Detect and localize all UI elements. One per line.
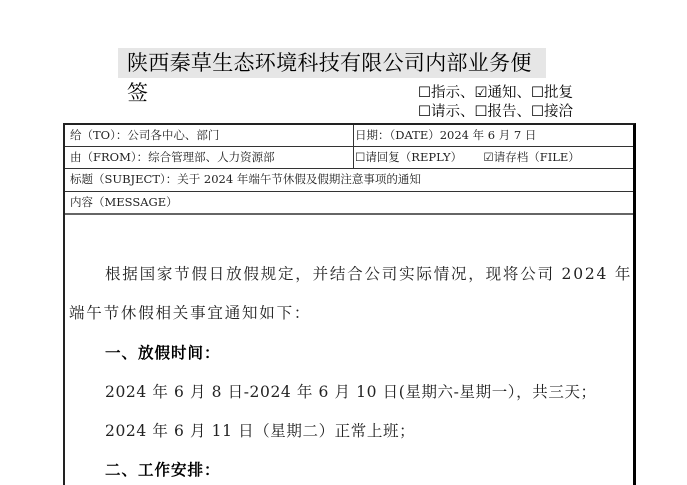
memo-type-options: ☐指示、☑通知、☐批复 ☐请示、☐报告、☐接洽 [418,84,573,122]
checkbox-unchecked-icon[interactable]: ☐ [531,84,544,103]
memo-table: 给（TO）：公司各中心、部门 日期：（DATE）2024 年 6 月 7 日 由… [63,123,636,485]
intro-paragraph-line-2: 端午节休假相关事宜通知如下： [69,301,311,323]
table-row-message-label: 内容（MESSAGE） [65,192,633,215]
option-contact[interactable]: ☐接洽 [531,104,573,120]
from-field: 由（FROM）：综合管理部、人力资源部 [65,147,354,168]
option-report[interactable]: ☐报告、 [475,104,532,120]
message-label: 内容（MESSAGE） [65,192,633,213]
memo-type-row-2: ☐请示、☐报告、☐接洽 [418,103,573,122]
option-instruction[interactable]: ☐指示、 [418,85,475,101]
section-heading-holiday-time: 一、放假时间： [105,341,221,363]
table-row-from-flags: 由（FROM）：综合管理部、人力资源部 ☐请回复（REPLY） ☑请存档（FIL… [65,147,633,169]
checkbox-unchecked-icon[interactable]: ☐ [418,103,431,122]
date-field: 日期：（DATE）2024 年 6 月 7 日 [349,125,633,146]
holiday-dates-line: 2024 年 6 月 8 日-2024 年 6 月 10 日(星期六-星期一），… [105,380,597,402]
table-row-to-date: 给（TO）：公司各中心、部门 日期：（DATE）2024 年 6 月 7 日 [65,125,633,147]
file-checkbox[interactable]: ☑请存档（FILE） [483,150,579,164]
checkbox-unchecked-icon[interactable]: ☐ [475,103,488,122]
option-notice[interactable]: ☑通知、 [475,85,532,101]
checkbox-checked-icon[interactable]: ☑ [475,84,488,103]
section-heading-work-arrangement: 二、工作安排： [105,458,221,480]
document-title: 陕西秦草生态环境科技有限公司内部业务便签 [118,48,546,78]
checkbox-unchecked-icon[interactable]: ☐ [418,84,431,103]
checkbox-checked-icon[interactable]: ☑ [483,150,493,164]
subject-field: 标题（SUBJECT）：关于 2024 年端午节休假及假期注意事项的通知 [65,169,633,191]
option-request[interactable]: ☐请示、 [418,104,475,120]
reply-file-flags: ☐请回复（REPLY） ☑请存档（FILE） [349,147,633,168]
table-row-subject: 标题（SUBJECT）：关于 2024 年端午节休假及假期注意事项的通知 [65,169,633,192]
checkbox-unchecked-icon[interactable]: ☐ [531,103,544,122]
intro-paragraph-line-1: 根据国家节假日放假规定，并结合公司实际情况，现将公司 2024 年 [105,262,632,284]
checkbox-unchecked-icon[interactable]: ☐ [355,150,365,164]
memo-type-row-1: ☐指示、☑通知、☐批复 [418,84,573,103]
to-field: 给（TO）：公司各中心、部门 [65,125,354,146]
return-to-work-line: 2024 年 6 月 11 日（星期二）正常上班； [105,419,415,441]
option-approval[interactable]: ☐批复 [531,85,573,101]
reply-checkbox[interactable]: ☐请回复（REPLY） [355,150,462,164]
